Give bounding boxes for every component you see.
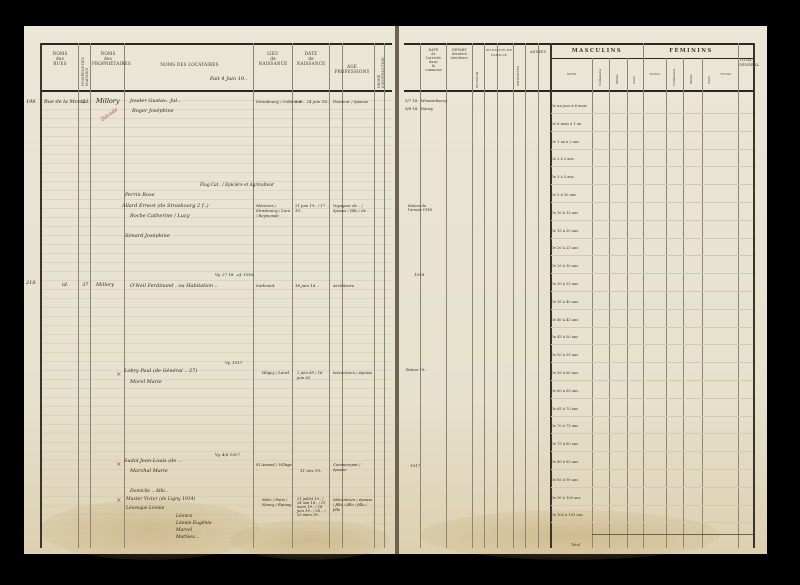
header-noms-des-rues: NOMS des RUES (42, 51, 78, 66)
entry-profession: Architecte (333, 283, 354, 288)
age-group-label: De 25 à 30 ans (551, 264, 578, 268)
col-line (420, 43, 421, 548)
ledger-line (41, 298, 392, 299)
col-line (124, 43, 125, 548)
entry-tenant-line: Flug Cat.. / Epicière et Agriculteur (200, 182, 274, 187)
ledger-line (41, 388, 392, 389)
header-total-f: TOTAL (714, 72, 738, 77)
ledger-line (41, 478, 392, 479)
entry-tenant-line: Muster Victor (de Ligny 1914) (126, 497, 195, 502)
ledger-line (41, 262, 392, 263)
entry-birth-date: 2 juin 69 / 16 juin 62 (297, 370, 329, 380)
ledger-line (41, 415, 392, 416)
entry-tenant-line: Lévesque Léonie (126, 506, 164, 511)
age-group-label: De 45 à 50 ans (551, 335, 578, 339)
ledger-line (41, 163, 392, 164)
entry-tenant-line: Jouder Gustav.. Jul.. (130, 98, 180, 104)
age-group-label: De 100 à 105 ans (551, 513, 583, 517)
header-top-rule (40, 43, 392, 45)
entry-birthplace: Hilgey / Lunel (262, 370, 292, 375)
col-line (342, 43, 343, 548)
row-rule (551, 149, 753, 150)
col-line (90, 43, 91, 548)
row-rule (551, 309, 753, 310)
age-group-label: De 65 à 70 ans (551, 407, 578, 411)
ledger-line (41, 487, 392, 488)
ledger-line (41, 343, 392, 344)
age-group-label: De 55 à 60 ans (551, 371, 578, 375)
header-degre-instruction: DEGRÉ D'INSTRUCTION (377, 48, 385, 88)
age-group-label: De 15 à 20 ans (551, 229, 578, 233)
row-rule (551, 255, 753, 256)
age-group-label: De 75 à 80 ans (551, 442, 578, 446)
water-stain (230, 520, 390, 560)
row-rule (551, 505, 753, 506)
entry-birth-date: 5 8 .. 24 juin 18.. (295, 99, 329, 104)
ledger-line (41, 433, 392, 434)
age-group-label: De 2 à 3 ans (551, 157, 574, 161)
ledger-line (41, 334, 392, 335)
col-line (253, 43, 254, 548)
margin-note: 5/7 18.. Wissembourg (405, 98, 447, 103)
ledger-line (41, 253, 392, 254)
age-group-label: De 5 à 10 ans (551, 193, 576, 197)
row-rule (551, 220, 753, 221)
row-rule (551, 398, 753, 399)
col-line (643, 43, 644, 548)
col-line (374, 43, 375, 548)
ledger-line (41, 199, 392, 200)
age-group-label: De 10 à 15 ans (551, 211, 578, 215)
header-total-m: TOTAL (644, 72, 666, 77)
entry-birthplace: Mézières / Strasbourg / Lure / Reymonde (256, 203, 292, 218)
header-lieu-naissance: LIEU de NAISSANCE (254, 51, 292, 66)
row-rule (551, 433, 753, 434)
ledger-line (41, 154, 392, 155)
age-group-label: De 35 à 40 ans (551, 300, 578, 304)
header-noms-locataires: NOMS DES LOCATAIRES (126, 62, 253, 67)
entry-member: Marcel (176, 528, 192, 533)
header-bottom-rule (40, 90, 392, 92)
entry-row-no: 198 (26, 99, 36, 105)
margin-note: 9/8 18.. Nancy (405, 106, 433, 111)
entry-tenant-note: Vy. 1917 (225, 360, 242, 365)
header-veufs-f: Veufs (707, 66, 711, 84)
entry-profession: Voyageur de .. / épouse / fille / de .. (333, 203, 373, 213)
entry-tenant-line: O'Neil Ferdinand , ou Habitation .. (130, 283, 218, 289)
left-border (40, 43, 42, 548)
col-line (538, 43, 539, 548)
ledger-line (41, 118, 392, 119)
col-line (384, 43, 385, 548)
row-rule (551, 469, 753, 470)
right-border (753, 43, 755, 548)
ledger-line (41, 145, 392, 146)
ledger-line (41, 127, 392, 128)
row-rule (551, 487, 753, 488)
header-total-general: TOTAL GÉNÉRAL (739, 58, 753, 68)
ledger-line (41, 217, 392, 218)
ledger-line (41, 280, 392, 281)
row-rule (551, 327, 753, 328)
water-stain (420, 510, 720, 560)
entry-tenant-note: Vy. 4/6 1917 (215, 452, 240, 457)
ledger-line (41, 361, 392, 362)
col-line (329, 43, 330, 548)
ledger-line (41, 136, 392, 137)
entry-birth-date: 21 juin 19.. / 17 .. 19.. (295, 203, 329, 213)
entry-tenant-line: Allard Ernest (de Strasbourg 2 f..) (122, 203, 209, 209)
ledger-line (41, 379, 392, 380)
entry-red-annotation: × (116, 496, 121, 504)
ledger-line (41, 289, 392, 290)
total-rule (592, 534, 753, 535)
ledger-line (41, 406, 392, 407)
header-date-naissance: DATE de NAISSANCE (293, 51, 329, 66)
header-celibataires-f: Célibataires (672, 64, 676, 86)
col-line (525, 43, 526, 548)
age-group-label: De 6 mois à 1 an (551, 122, 581, 126)
entry-birth-date: 11 nov 19.. (300, 468, 323, 473)
ledger-line (41, 352, 392, 353)
entry-tenant-line: Roger Joséphine (132, 108, 174, 114)
age-group-label: De 80 à 85 ans (551, 460, 578, 464)
row-rule (551, 238, 753, 239)
header-ages: ÂGES (551, 72, 592, 77)
entry-tenant-line: Perrin Rose (125, 192, 155, 198)
entry-tenant-note: Vy. 27 18 ..ef. 1916 (215, 272, 254, 277)
ledger-line (41, 109, 392, 110)
row-rule (551, 273, 753, 274)
header-infirmites: INFIRMITÉS (516, 52, 520, 86)
age-group-label: De 70 à 75 ans (551, 424, 578, 428)
header-annotation: Fait 4 Juin 19.. (210, 76, 247, 82)
entry-member: Léonie Eugénie (176, 521, 212, 526)
age-group-label: De un jour à 6 mois (551, 104, 587, 108)
entry-birthplace: Sarbrück (256, 283, 275, 288)
entry-owner: Millory (96, 282, 114, 288)
age-group-label: De 90 à 100 ans (551, 496, 580, 500)
header-top-rule (404, 43, 754, 45)
ledger-line (41, 190, 392, 191)
entry-profession: mécanicien / épouse (333, 370, 373, 375)
col-line (513, 43, 514, 548)
entry-profession: Mécanicien / épouse / fille / fille / fi… (333, 497, 373, 512)
row-rule (551, 380, 753, 381)
entry-tenant-line: Domicile .. Albi.. (130, 489, 168, 494)
margin-note: 1918 (414, 272, 424, 277)
row-rule (551, 522, 753, 523)
entry-street: id. (62, 282, 68, 288)
entry-tenant-line: Lobry Paul (de Général .. 27) (124, 368, 197, 374)
row-rule (551, 344, 753, 345)
col-line (550, 43, 552, 548)
entry-red-annotation: × (116, 370, 121, 378)
ledger-line (41, 244, 392, 245)
col-line (738, 43, 739, 548)
entry-tenant-line: Simard Joséphine (125, 233, 170, 239)
entry-row-no: 218 (26, 280, 36, 286)
age-group-label: De 30 à 35 ans (551, 282, 578, 286)
ledger-line (41, 397, 392, 398)
entry-birth-date: 18 juin 18 .. (295, 283, 319, 288)
age-group-label: De 60 à 65 ans (551, 389, 578, 393)
left-page (24, 26, 395, 554)
header-feminins: FÉMININS (644, 49, 738, 54)
header-celibataires-m: Célibataires (598, 64, 602, 86)
ledger-line (41, 235, 392, 236)
header-maries-m: Mariés (615, 66, 619, 84)
margin-note: Retour de l'armée 1918 (408, 204, 438, 212)
col-line (292, 43, 293, 548)
col-line (446, 43, 447, 548)
row-rule (551, 166, 753, 167)
entry-birthplace: St Amand / Village .. (256, 462, 292, 472)
entry-tenant-line: Sudol Jean-Louis (de .. (124, 458, 181, 464)
header-situation-famille: SITUATION DE FAMILLE (485, 48, 513, 58)
row-rule (551, 113, 753, 114)
entry-house-no: 23 (82, 99, 88, 105)
age-group-label: De 50 à 55 ans (551, 353, 578, 357)
header-noms-proprietaires: NOMS des PROPRIÉTAIRES (92, 51, 124, 66)
ledger-line (41, 172, 392, 173)
age-group-label: De 85 à 90 ans (551, 478, 578, 482)
header-age-professions: AGE PROFESSIONS (330, 64, 374, 74)
header-sub-rule (551, 58, 754, 59)
total-row-label: Total (571, 543, 580, 547)
entry-member: Mathieu .. (176, 535, 199, 540)
entry-member: Léonce (176, 514, 192, 519)
row-rule (551, 184, 753, 185)
entry-tenant-line: Morel Marie (130, 379, 162, 385)
entry-birth-date: 21 juillet 19.. / 24 mai 18.. / 15 mars … (297, 497, 329, 517)
entry-birthplace: Metz / Paris / Nancy / Épinay (262, 497, 292, 507)
ledger-line (41, 325, 392, 326)
ledger-line (41, 307, 392, 308)
col-line (78, 43, 79, 548)
entry-profession: Commerçant / épouse (333, 462, 373, 472)
entry-red-annotation: × (116, 460, 121, 468)
col-line (472, 43, 473, 548)
margin-note: 1917 (410, 463, 420, 468)
header-date-arrivee: DATE de l'arrivée dans la commune (421, 48, 446, 72)
header-depart: DÉPART dernière résidence (447, 48, 472, 60)
header-annees: ANNÉES (526, 50, 550, 55)
col-line (497, 43, 498, 548)
ledger-line (41, 226, 392, 227)
row-rule (551, 451, 753, 452)
row-rule (551, 131, 753, 132)
entry-profession: Fondeur / épouse (333, 99, 368, 104)
header-veufs-m: Veufs (632, 66, 636, 84)
header-numeros-maisons: NUMÉROS DES MAISONS (81, 48, 89, 86)
entry-house-no: 37 (82, 282, 88, 288)
ledger-line (41, 424, 392, 425)
header-religion: RELIGION (475, 48, 479, 88)
age-group-label: De 40 à 45 ans (551, 318, 578, 322)
ledger-line (41, 460, 392, 461)
age-group-label: De 3 à 5 ans (551, 175, 574, 179)
row-rule (551, 362, 753, 363)
header-masculins: MASCULINS (551, 49, 643, 54)
entry-tenant-line: Marchal Marie (130, 468, 168, 474)
ledger-line (41, 316, 392, 317)
age-group-label: De 1 an à 2 ans (551, 140, 579, 144)
header-maries-f: Mariés (689, 66, 693, 84)
row-rule (551, 416, 753, 417)
ledger-line (41, 442, 392, 443)
row-rule (551, 291, 753, 292)
col-line (484, 43, 485, 548)
entry-owner: Millory (96, 97, 120, 105)
age-group-label: De 20 à 25 ans (551, 246, 578, 250)
entry-tenant-line: Roche Catherine / Lucy (130, 213, 190, 219)
row-rule (551, 202, 753, 203)
margin-note: Retour 19.. (406, 368, 426, 372)
